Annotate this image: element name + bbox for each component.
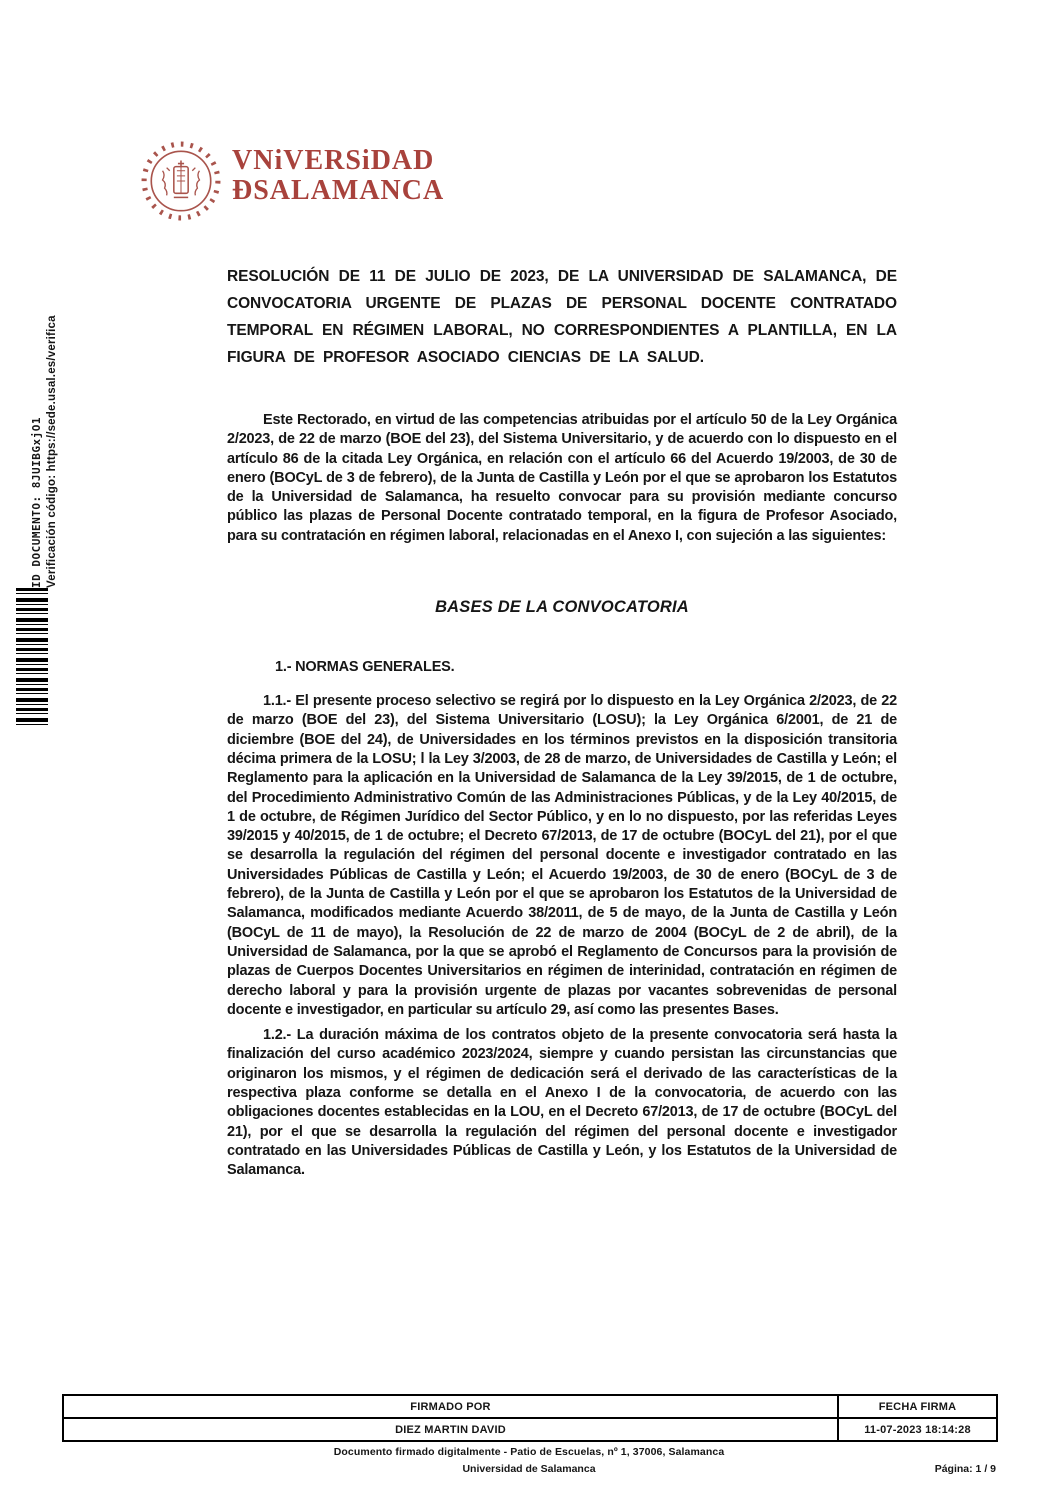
signature-timestamp: 11-07-2023 18:14:28 xyxy=(838,1418,997,1441)
section-heading: BASES DE LA CONVOCATORIA xyxy=(227,598,897,617)
paragraph-1-1: 1.1.- El presente proceso selectivo se r… xyxy=(227,692,897,1020)
document-id-label: ID DOCUMENTO: 8JUIBGxjO1 xyxy=(30,315,43,588)
paragraph-1-2: 1.2.- La duración máxima de los contrato… xyxy=(227,1026,897,1180)
wordmark-line1: VNiVERSiDAD xyxy=(232,146,444,176)
signature-table-value-row: DIEZ MARTIN DAVID 11-07-2023 18:14:28 xyxy=(63,1418,997,1441)
document-body: RESOLUCIÓN DE 11 DE JULIO DE 2023, DE LA… xyxy=(227,263,897,1181)
signature-table: FIRMADO POR FECHA FIRMA DIEZ MARTIN DAVI… xyxy=(62,1394,998,1442)
wordmark-line2: ĐSALAMANCA xyxy=(232,176,444,206)
firmado-por-header: FIRMADO POR xyxy=(63,1395,838,1418)
page-indicator: Página: 1 / 9 xyxy=(935,1463,996,1475)
fecha-firma-header: FECHA FIRMA xyxy=(838,1395,997,1418)
document-page: VNiVERSiDAD ĐSALAMANCA ID DOCUMENTO: 8JU… xyxy=(0,0,1058,1497)
footer-address: Documento firmado digitalmente - Patio d… xyxy=(0,1446,1058,1458)
university-wordmark: VNiVERSiDAD ĐSALAMANCA xyxy=(232,146,444,206)
barcode xyxy=(16,588,48,726)
intro-paragraph: Este Rectorado, en virtud de las compete… xyxy=(227,411,897,546)
university-seal-icon xyxy=(140,140,222,222)
document-title: RESOLUCIÓN DE 11 DE JULIO DE 2023, DE LA… xyxy=(227,263,897,371)
signer-name: DIEZ MARTIN DAVID xyxy=(63,1418,838,1441)
verification-strip: ID DOCUMENTO: 8JUIBGxjO1 Verificación có… xyxy=(30,315,59,588)
footer-organization: Universidad de Salamanca xyxy=(0,1463,1058,1475)
university-logo: VNiVERSiDAD ĐSALAMANCA xyxy=(140,140,444,222)
signature-table-header-row: FIRMADO POR FECHA FIRMA xyxy=(63,1395,997,1418)
subsection-heading: 1.- NORMAS GENERALES. xyxy=(227,659,897,675)
verification-url-label: Verificación código: https://sede.usal.e… xyxy=(45,315,59,588)
